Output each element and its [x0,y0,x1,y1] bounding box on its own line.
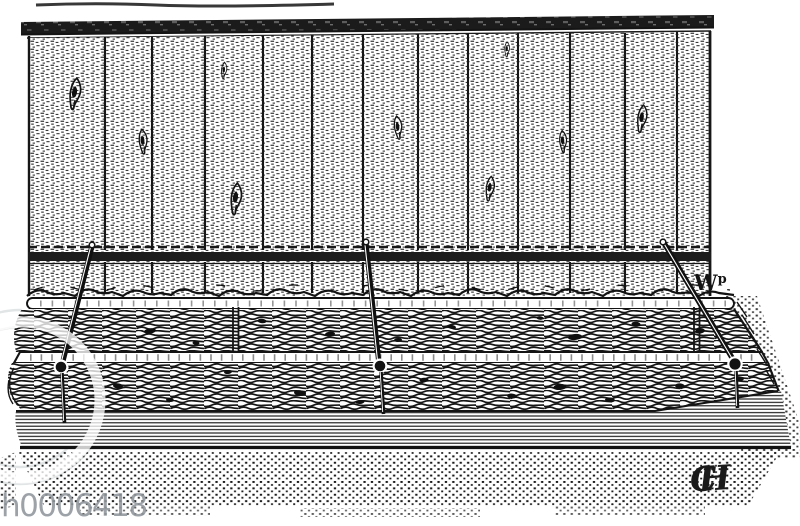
rod-top-cap [363,239,369,245]
rod-knob [375,361,386,372]
hotbed [8,298,791,448]
hotbed-engraving: Wp CH h0006418 [0,0,800,526]
illustration-canvas: Wp CH h0006418 [0,0,800,526]
rod-knob [56,362,67,373]
lower-straw-layer [8,363,779,410]
watermark-text: h0006418 [1,488,147,524]
upper-straw-layer [14,309,762,352]
rod-top-cap [660,239,666,245]
rod-knob [729,358,740,369]
rod-top-cap [89,242,95,248]
